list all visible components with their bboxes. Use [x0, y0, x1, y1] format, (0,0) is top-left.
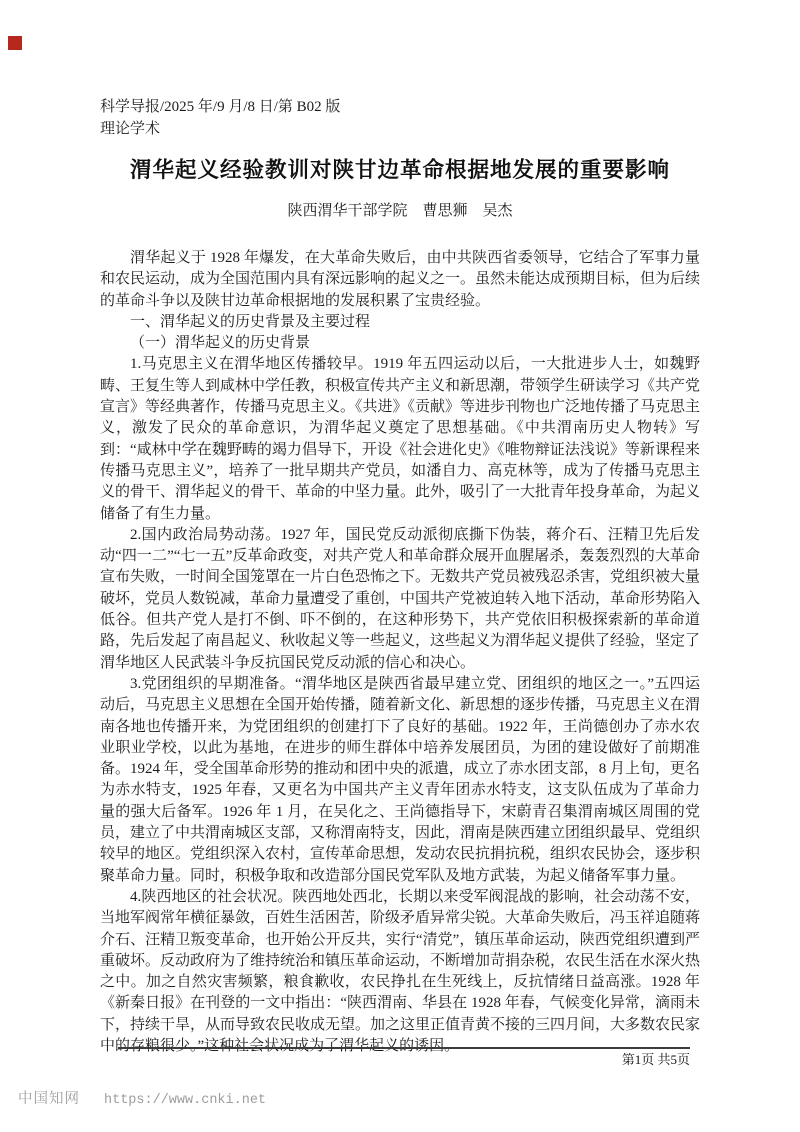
- section-heading: 一、渭华起义的历史背景及主要过程: [100, 312, 700, 333]
- publication-line: 科学导报/2025 年/9 月/8 日/第 B02 版: [100, 96, 700, 118]
- section-heading: （一）渭华起义的历史背景: [100, 333, 700, 354]
- footer-divider: [118, 1047, 690, 1049]
- paragraph: 3.党团组织的早期准备。“渭华地区是陕西省最早建立党、团组织的地区之一。”五四运…: [100, 674, 700, 887]
- paragraph: 4.陕西地区的社会状况。陕西地处西北，长期以来受军阀混战的影响，社会动荡不安，当…: [100, 887, 700, 1057]
- paragraph: 1.马克思主义在渭华地区传播较早。1919 年五四运动以后，一大批进步人士，如魏…: [100, 354, 700, 524]
- document-page: 科学导报/2025 年/9 月/8 日/第 B02 版 理论学术 渭华起义经验教…: [0, 0, 800, 1132]
- cnki-url-text: https://www.cnki.net: [104, 1093, 266, 1108]
- document-content: 科学导报/2025 年/9 月/8 日/第 B02 版 理论学术 渭华起义经验教…: [100, 96, 700, 1057]
- paragraph: 渭华起义于 1928 年爆发，在大革命失败后，由中共陕西省委领导，它结合了军事力…: [100, 248, 700, 312]
- article-body: 渭华起义于 1928 年爆发，在大革命失败后，由中共陕西省委领导，它结合了军事力…: [100, 248, 700, 1057]
- red-marker-icon: [8, 36, 22, 50]
- cnki-watermark: 中国知网 https://www.cnki.net: [18, 1087, 266, 1108]
- article-title: 渭华起义经验教训对陕甘边革命根据地发展的重要影响: [100, 157, 700, 184]
- cnki-brand-label: 中国知网: [18, 1087, 80, 1108]
- page-indicator: 第1页 共5页: [118, 1051, 690, 1069]
- column-line: 理论学术: [100, 118, 700, 140]
- paragraph: 2.国内政治局势动荡。1927 年，国民党反动派彻底撕下伪装，蒋介石、汪精卫先后…: [100, 525, 700, 674]
- article-byline: 陕西渭华干部学院 曹思狮 吴杰: [100, 200, 700, 222]
